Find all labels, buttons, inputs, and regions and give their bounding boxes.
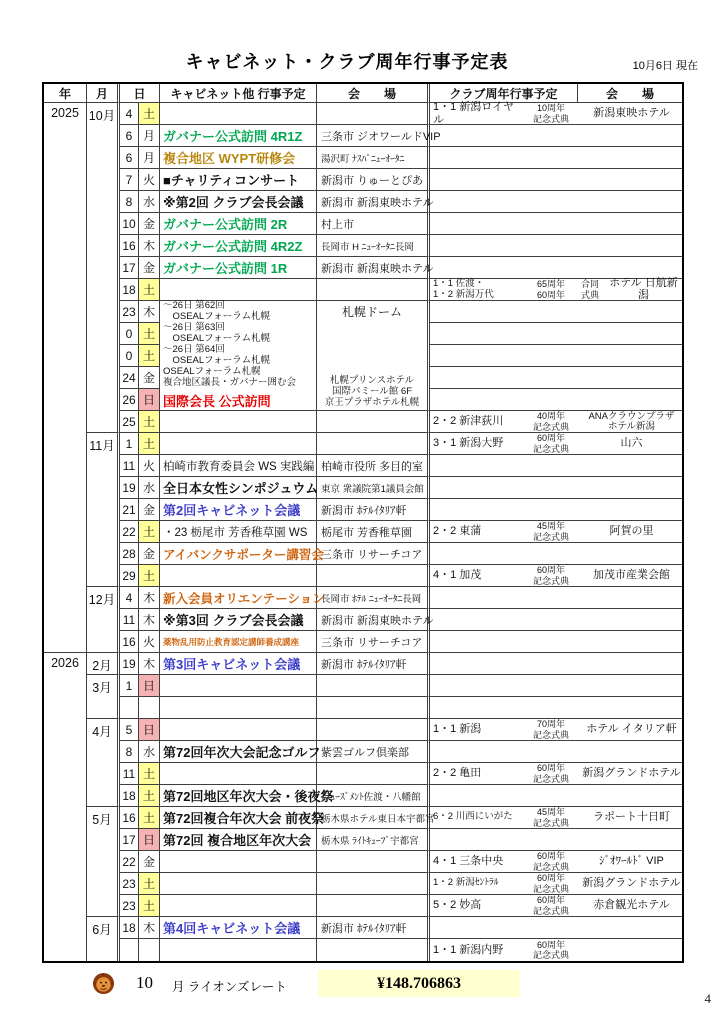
club-anniversary-cell <box>430 147 682 169</box>
club-venue: ホテル 日航新潟 <box>605 278 682 301</box>
day-cell: 1 <box>120 433 139 455</box>
venue-label: 札幌ドーム <box>342 303 402 320</box>
header-month: 月 <box>87 84 120 103</box>
weekday-cell: 土 <box>139 279 160 301</box>
footer-month-number: 10 <box>136 973 153 993</box>
day-cell: 4 <box>120 103 139 125</box>
venue-label: 新潟市 新潟東映ホテル <box>321 260 434 276</box>
event-label: 柏崎市教育委員会 WS 実践編 <box>163 458 314 474</box>
venue-cell: 三条市 リサーチコア <box>317 631 430 653</box>
day-cell: 0 <box>120 345 139 367</box>
weekday-cell: 金 <box>139 257 160 279</box>
day-cell: 16 <box>120 631 139 653</box>
venue-cell <box>317 565 430 587</box>
venue-cell <box>317 939 430 961</box>
event-cell: 全日本女性シンポジュウム <box>160 477 317 499</box>
venue-cell: 新潟市 新潟東映ホテル <box>317 191 430 213</box>
event-cell <box>160 895 317 917</box>
weekday-cell: 水 <box>139 191 160 213</box>
weekday-cell: 木 <box>139 653 160 675</box>
venue-label: 新潟市 りゅーとぴあ <box>321 172 423 188</box>
anniversary-label: 60周年 記念式典 <box>521 565 581 585</box>
joint-ceremony-label: 合同 式典 <box>581 279 605 299</box>
club-anniversary-cell: 4・1 三条中央60周年 記念式典ｼﾞｵﾜｰﾙﾄﾞ VIP <box>430 851 682 873</box>
weekday-cell: 月 <box>139 147 160 169</box>
venue-label: 湯沢町 ﾅｽﾊﾟﾆｭｰｵｰﾀﾆ <box>321 151 404 165</box>
club-venue: 新潟グランドホテル <box>581 768 682 780</box>
club-name: 4・1 加茂 <box>430 569 521 581</box>
club-venue: 新潟グランドホテル <box>581 878 682 890</box>
day-cell: 8 <box>120 191 139 213</box>
day-cell: 0 <box>120 323 139 345</box>
venue-label: 栃木県ホテル東日本宇都宮 <box>321 811 435 825</box>
anniversary-label: 70周年 記念式典 <box>521 719 581 739</box>
month-cell: 6月 <box>87 917 120 961</box>
anniversary-label: 45周年 記念式典 <box>521 807 581 827</box>
event-cell: ※第3回 クラブ会長会議 <box>160 609 317 631</box>
weekday-cell: 火 <box>139 631 160 653</box>
event-label: 第72回複合年次大会 前夜祭 <box>163 808 324 827</box>
club-anniversary-cell <box>430 785 682 807</box>
venue-cell <box>317 851 430 873</box>
venue-cell <box>317 433 430 455</box>
venue-label: 三条市 リサーチコア <box>321 546 422 562</box>
venue-cell: 新潟市 ﾎﾃﾙｲﾀﾘｱ軒 <box>317 653 430 675</box>
venue-cell-merged: 札幌ドーム札幌プリンスホテル 国際パミール館 6F 京王プラザホテル札幌 <box>317 301 430 411</box>
venue-label: 新潟市 ﾎﾃﾙｲﾀﾘｱ軒 <box>321 920 407 936</box>
club-venue: 加茂市産業会館 <box>581 570 682 582</box>
day-cell: 19 <box>120 653 139 675</box>
event-cell: ・23 栃尾市 芳香稚草園 WS <box>160 521 317 543</box>
day-cell: 23 <box>120 301 139 323</box>
club-anniversary-cell: 1・2 新潟ｾﾝﾄﾗﾙ60周年 記念式典新潟グランドホテル <box>430 873 682 895</box>
day-cell: 18 <box>120 785 139 807</box>
month-cell: 4月 <box>87 719 120 807</box>
event-cell <box>160 279 317 301</box>
club-anniversary-cell <box>430 323 682 345</box>
event-cell: 新入会員オリエンテーション <box>160 587 317 609</box>
club-anniversary-cell: 1・1 佐渡・ 1・2 新潟万代65周年 60周年合同 式典ホテル 日航新潟 <box>430 279 682 301</box>
anniversary-label: 10周年 記念式典 <box>521 103 581 123</box>
club-venue: 山六 <box>581 438 682 450</box>
anniversary-label: 60周年 記念式典 <box>521 873 581 893</box>
club-anniversary-cell: 6・2 川西にいがた45周年 記念式典ラポート十日町 <box>430 807 682 829</box>
venue-cell <box>317 675 430 697</box>
weekday-cell: 土 <box>139 807 160 829</box>
club-anniversary-cell <box>430 367 682 389</box>
weekday-cell: 土 <box>139 873 160 895</box>
anniversary-label: 60周年 記念式典 <box>521 433 581 453</box>
event-label: ガバナー公式訪問 4R2Z <box>163 236 302 255</box>
weekday-cell: 日 <box>139 719 160 741</box>
day-cell: 22 <box>120 521 139 543</box>
day-cell: 11 <box>120 609 139 631</box>
venue-cell: 栃木県ホテル東日本宇都宮 <box>317 807 430 829</box>
club-venue: 新潟東映ホテル <box>581 108 682 120</box>
club-venue: ANAクラウンプラザ ホテル新潟 <box>581 412 682 432</box>
club-anniversary-cell <box>430 609 682 631</box>
venue-cell: ｱﾐｭｰｽﾞﾒﾝﾄ佐渡・八幡館 <box>317 785 430 807</box>
venue-label: ｱﾐｭｰｽﾞﾒﾝﾄ佐渡・八幡館 <box>321 789 421 803</box>
event-cell: 複合地区 WYPT研修会 <box>160 147 317 169</box>
weekday-cell: 水 <box>139 477 160 499</box>
header-event: キャビネット他 行事予定 <box>160 84 317 103</box>
venue-label: 三条市 ジオワールドVIP <box>321 128 441 144</box>
club-anniversary-cell <box>430 477 682 499</box>
anniversary-label: 60周年 記念式典 <box>521 895 581 915</box>
venue-cell: 新潟市 新潟東映ホテル <box>317 609 430 631</box>
venue-label: 東京 衆議院第1議員会館 <box>321 481 424 495</box>
weekday-cell: 土 <box>139 345 160 367</box>
venue-label: 札幌プリンスホテル 国際パミール館 6F 京王プラザホテル札幌 <box>325 376 420 409</box>
day-cell: 29 <box>120 565 139 587</box>
club-anniversary-cell: 2・2 亀田60周年 記念式典新潟グランドホテル <box>430 763 682 785</box>
club-anniversary-cell <box>430 169 682 191</box>
weekday-cell: 土 <box>139 521 160 543</box>
club-anniversary-cell <box>430 257 682 279</box>
club-name: 1・1 佐渡・ 1・2 新潟万代 <box>430 279 521 300</box>
club-anniversary-cell: 5・2 妙高60周年 記念式典赤倉観光ホテル <box>430 895 682 917</box>
weekday-cell: 水 <box>139 741 160 763</box>
weekday-cell: 金 <box>139 499 160 521</box>
lion-logo-icon <box>92 972 115 995</box>
venue-cell: 東京 衆議院第1議員会館 <box>317 477 430 499</box>
event-cell: ガバナー公式訪問 4R2Z <box>160 235 317 257</box>
day-cell: 23 <box>120 895 139 917</box>
event-label: 複合地区 WYPT研修会 <box>163 148 295 167</box>
event-cell: 第3回キャビネット会議 <box>160 653 317 675</box>
as-of-date: 10月6日 現在 <box>633 57 698 73</box>
day-cell <box>120 697 139 719</box>
venue-label: 柏崎市役所 多目的室 <box>321 458 423 474</box>
club-anniversary-cell <box>430 213 682 235</box>
year-cell: 2026 <box>44 653 87 961</box>
weekday-cell: 月 <box>139 125 160 147</box>
weekday-cell <box>139 939 160 961</box>
event-label: 第3回キャビネット会議 <box>163 654 300 673</box>
month-cell: 12月 <box>87 587 120 653</box>
event-cell: ガバナー公式訪問 4R1Z <box>160 125 317 147</box>
day-cell: 17 <box>120 829 139 851</box>
day-cell: 21 <box>120 499 139 521</box>
event-label: ～26日 第62回 OSEALフォーラム札幌 <box>163 301 270 322</box>
club-anniversary-cell: 4・1 加茂60周年 記念式典加茂市産業会館 <box>430 565 682 587</box>
anniversary-label: 45周年 記念式典 <box>521 521 581 541</box>
weekday-cell: 日 <box>139 675 160 697</box>
weekday-cell: 火 <box>139 455 160 477</box>
month-cell: 3月 <box>87 675 120 719</box>
event-label: 全日本女性シンポジュウム <box>163 478 318 497</box>
month-cell: 5月 <box>87 807 120 917</box>
club-name: 1・1 新潟ロイヤル <box>430 101 521 125</box>
day-cell: 6 <box>120 147 139 169</box>
club-anniversary-cell <box>430 917 682 939</box>
club-venue: 赤倉観光ホテル <box>581 900 682 912</box>
weekday-cell: 日 <box>139 829 160 851</box>
weekday-cell <box>139 697 160 719</box>
weekday-cell: 金 <box>139 543 160 565</box>
weekday-cell: 土 <box>139 565 160 587</box>
schedule-table: 年月日キャビネット他 行事予定会 場クラブ周年行事予定会 場202510月4土1… <box>42 82 684 963</box>
venue-cell: 村上市 <box>317 213 430 235</box>
event-cell <box>160 851 317 873</box>
day-cell: 22 <box>120 851 139 873</box>
weekday-cell: 木 <box>139 917 160 939</box>
club-venue: ラポート十日町 <box>581 812 682 824</box>
club-anniversary-cell: 3・1 新潟大野60周年 記念式典山六 <box>430 433 682 455</box>
club-anniversary-cell: 2・2 新津荻川40周年 記念式典ANAクラウンプラザ ホテル新潟 <box>430 411 682 433</box>
venue-label: 村上市 <box>321 216 354 232</box>
club-anniversary-cell <box>430 345 682 367</box>
venue-label: 栃木県 ﾗｲﾄｷｭｰﾌﾞ宇都宮 <box>321 833 419 847</box>
day-cell: 4 <box>120 587 139 609</box>
club-anniversary-cell: 1・1 新潟内野60周年 記念式典 <box>430 939 682 961</box>
club-name: 2・2 東蒲 <box>430 525 521 537</box>
event-cell: ガバナー公式訪問 2R <box>160 213 317 235</box>
venue-cell: 新潟市 ﾎﾃﾙｲﾀﾘｱ軒 <box>317 499 430 521</box>
event-label: ■チャリティコンサート <box>163 170 299 189</box>
event-cell: ※第2回 クラブ会長会議 <box>160 191 317 213</box>
weekday-cell: 土 <box>139 323 160 345</box>
anniversary-label: 60周年 記念式典 <box>521 940 581 960</box>
venue-cell <box>317 411 430 433</box>
event-label: ※第2回 クラブ会長会議 <box>163 192 303 211</box>
event-label: ガバナー公式訪問 2R <box>163 214 287 233</box>
club-anniversary-cell: 1・1 新潟ロイヤル10周年 記念式典新潟東映ホテル <box>430 103 682 125</box>
venue-cell: 新潟市 新潟東映ホテル <box>317 257 430 279</box>
club-name: 2・2 新津荻川 <box>430 415 521 427</box>
month-cell: 2月 <box>87 653 120 675</box>
event-cell: ■チャリティコンサート <box>160 169 317 191</box>
day-cell: 17 <box>120 257 139 279</box>
event-cell-merged: ～26日 第62回 OSEALフォーラム札幌～26日 第63回 OSEALフォー… <box>160 301 317 411</box>
venue-label: 新潟市 ﾎﾃﾙｲﾀﾘｱ軒 <box>321 656 407 672</box>
event-cell <box>160 565 317 587</box>
header-year: 年 <box>44 84 87 103</box>
club-name: 5・2 妙高 <box>430 899 521 911</box>
club-anniversary-cell <box>430 543 682 565</box>
venue-label: 新潟市 新潟東映ホテル <box>321 194 434 210</box>
venue-label: 紫雲ゴルフ倶楽部 <box>321 744 409 760</box>
day-cell: 8 <box>120 741 139 763</box>
club-anniversary-cell <box>430 697 682 719</box>
event-cell <box>160 719 317 741</box>
day-cell: 25 <box>120 411 139 433</box>
club-anniversary-cell <box>430 829 682 851</box>
event-label: アイバンクサポーター講習会 <box>163 545 324 563</box>
venue-label: 長岡市 ﾎﾃﾙ ﾆｭｰｵｰﾀﾆ長岡 <box>321 591 421 605</box>
club-venue: 阿賀の里 <box>581 526 682 538</box>
weekday-cell: 土 <box>139 103 160 125</box>
day-cell: 16 <box>120 235 139 257</box>
club-venue: ｼﾞｵﾜｰﾙﾄﾞ VIP <box>581 856 682 868</box>
club-anniversary-cell <box>430 653 682 675</box>
venue-cell <box>317 719 430 741</box>
club-name: 1・1 新潟 <box>430 723 521 735</box>
header-day: 日 <box>120 84 160 103</box>
event-label: ・23 栃尾市 芳香稚草園 WS <box>163 524 307 540</box>
event-cell: 第72回地区年次大会・後夜祭 <box>160 785 317 807</box>
venue-label: 三条市 リサーチコア <box>321 634 422 650</box>
event-cell: 第72回年次大会記念ゴルフ <box>160 741 317 763</box>
club-name: 1・2 新潟ｾﾝﾄﾗﾙ <box>430 878 521 888</box>
weekday-cell: 木 <box>139 301 160 323</box>
anniversary-label: 60周年 記念式典 <box>521 851 581 871</box>
event-label: 第2回キャビネット会議 <box>163 500 300 519</box>
day-cell: 16 <box>120 807 139 829</box>
footer-lions-rate-label: 月 ライオンズレート <box>172 977 287 995</box>
day-cell: 7 <box>120 169 139 191</box>
venue-cell: 新潟市 ﾎﾃﾙｲﾀﾘｱ軒 <box>317 917 430 939</box>
club-anniversary-cell <box>430 675 682 697</box>
event-label: ～26日 第64回 OSEALフォーラム札幌 <box>163 345 270 366</box>
anniversary-label: 65周年 60周年 <box>521 279 581 299</box>
event-cell <box>160 675 317 697</box>
event-cell: 第72回複合年次大会 前夜祭 <box>160 807 317 829</box>
event-label: 国際会長 公式訪問 <box>163 391 271 410</box>
club-anniversary-cell: 1・1 新潟70周年 記念式典ホテル イタリア軒 <box>430 719 682 741</box>
month-cell: 10月 <box>87 103 120 433</box>
day-cell: 23 <box>120 873 139 895</box>
venue-cell <box>317 697 430 719</box>
venue-cell <box>317 763 430 785</box>
venue-label: 新潟市 新潟東映ホテル <box>321 612 434 628</box>
venue-label: 新潟市 ﾎﾃﾙｲﾀﾘｱ軒 <box>321 502 407 518</box>
weekday-cell: 土 <box>139 785 160 807</box>
day-cell <box>120 939 139 961</box>
event-cell <box>160 697 317 719</box>
day-cell: 1 <box>120 675 139 697</box>
event-cell <box>160 939 317 961</box>
venue-cell <box>317 895 430 917</box>
page-title: キャビネット・クラブ周年行事予定表 <box>42 48 652 74</box>
venue-cell: 紫雲ゴルフ倶楽部 <box>317 741 430 763</box>
venue-cell <box>317 873 430 895</box>
event-cell: ガバナー公式訪問 1R <box>160 257 317 279</box>
weekday-cell: 金 <box>139 367 160 389</box>
venue-cell: 栃尾市 芳香稚草園 <box>317 521 430 543</box>
venue-label: 栃尾市 芳香稚草園 <box>321 524 412 540</box>
day-cell: 18 <box>120 917 139 939</box>
venue-cell: 三条市 ジオワールドVIP <box>317 125 430 147</box>
club-anniversary-cell <box>430 741 682 763</box>
club-name: 4・1 三条中央 <box>430 855 521 867</box>
weekday-cell: 土 <box>139 433 160 455</box>
event-label: ～26日 第63回 OSEALフォーラム札幌 <box>163 323 270 344</box>
club-name: 2・2 亀田 <box>430 767 521 779</box>
day-cell: 28 <box>120 543 139 565</box>
event-label: 薬物乱用防止教育認定講師養成講座 <box>163 636 299 648</box>
month-cell: 11月 <box>87 433 120 587</box>
event-cell <box>160 103 317 125</box>
day-cell: 10 <box>120 213 139 235</box>
club-anniversary-cell: 2・2 東蒲45周年 記念式典阿賀の里 <box>430 521 682 543</box>
day-cell: 5 <box>120 719 139 741</box>
event-cell: 第72回 複合地区年次大会 <box>160 829 317 851</box>
event-label: ※第3回 クラブ会長会議 <box>163 610 303 629</box>
weekday-cell: 木 <box>139 609 160 631</box>
day-cell: 19 <box>120 477 139 499</box>
page-number: 4 <box>705 991 712 1007</box>
event-label: 第72回地区年次大会・後夜祭 <box>163 786 333 805</box>
event-cell: 柏崎市教育委員会 WS 実践編 <box>160 455 317 477</box>
weekday-cell: 火 <box>139 169 160 191</box>
day-cell: 11 <box>120 455 139 477</box>
day-cell: 24 <box>120 367 139 389</box>
event-cell <box>160 763 317 785</box>
club-anniversary-cell <box>430 587 682 609</box>
event-cell: 第4回キャビネット会議 <box>160 917 317 939</box>
club-anniversary-cell <box>430 455 682 477</box>
event-cell: 薬物乱用防止教育認定講師養成講座 <box>160 631 317 653</box>
venue-cell: 三条市 リサーチコア <box>317 543 430 565</box>
weekday-cell: 日 <box>139 389 160 411</box>
weekday-cell: 金 <box>139 851 160 873</box>
day-cell: 26 <box>120 389 139 411</box>
venue-cell: 長岡市 ﾎﾃﾙ ﾆｭｰｵｰﾀﾆ長岡 <box>317 587 430 609</box>
venue-cell: 長岡市 H ﾆｭｰｵｰﾀﾆ長岡 <box>317 235 430 257</box>
lions-rate-value: ¥148.706863 <box>318 970 520 997</box>
weekday-cell: 土 <box>139 763 160 785</box>
day-cell: 6 <box>120 125 139 147</box>
club-anniversary-cell <box>430 389 682 411</box>
venue-cell <box>317 279 430 301</box>
day-cell: 11 <box>120 763 139 785</box>
event-cell: 第2回キャビネット会議 <box>160 499 317 521</box>
year-cell: 2025 <box>44 103 87 653</box>
weekday-cell: 土 <box>139 411 160 433</box>
event-cell: アイバンクサポーター講習会 <box>160 543 317 565</box>
club-name: 6・2 川西にいがた <box>430 812 521 822</box>
event-cell <box>160 433 317 455</box>
weekday-cell: 土 <box>139 895 160 917</box>
club-anniversary-cell <box>430 499 682 521</box>
day-cell: 18 <box>120 279 139 301</box>
club-name: 1・1 新潟内野 <box>430 944 521 956</box>
venue-cell: 湯沢町 ﾅｽﾊﾟﾆｭｰｵｰﾀﾆ <box>317 147 430 169</box>
venue-cell <box>317 103 430 125</box>
header-club-venue: 会 場 <box>578 84 682 103</box>
club-name: 3・1 新潟大野 <box>430 437 521 449</box>
venue-cell: 柏崎市役所 多目的室 <box>317 455 430 477</box>
event-label: 第72回 複合地区年次大会 <box>163 830 311 849</box>
event-cell <box>160 411 317 433</box>
venue-label: 長岡市 H ﾆｭｰｵｰﾀﾆ長岡 <box>321 239 414 253</box>
weekday-cell: 木 <box>139 587 160 609</box>
weekday-cell: 金 <box>139 213 160 235</box>
anniversary-label: 60周年 記念式典 <box>521 763 581 783</box>
event-label: 第72回年次大会記念ゴルフ <box>163 742 320 761</box>
venue-cell: 栃木県 ﾗｲﾄｷｭｰﾌﾞ宇都宮 <box>317 829 430 851</box>
event-label: ガバナー公式訪問 1R <box>163 258 287 277</box>
club-venue: ホテル イタリア軒 <box>581 724 682 736</box>
club-anniversary-cell <box>430 631 682 653</box>
club-anniversary-cell <box>430 235 682 257</box>
club-anniversary-cell <box>430 301 682 323</box>
venue-cell: 新潟市 りゅーとぴあ <box>317 169 430 191</box>
event-label: 第4回キャビネット会議 <box>163 918 300 937</box>
club-anniversary-cell <box>430 125 682 147</box>
event-label: 新入会員オリエンテーション <box>163 589 325 607</box>
event-label: OSEALフォーラム札幌 複合地区議長・ガバナー囲む会 <box>163 367 296 388</box>
header-venue: 会 場 <box>317 84 430 103</box>
event-label: ガバナー公式訪問 4R1Z <box>163 126 302 145</box>
weekday-cell: 木 <box>139 235 160 257</box>
event-cell <box>160 873 317 895</box>
anniversary-label: 40周年 記念式典 <box>521 411 581 431</box>
club-anniversary-cell <box>430 191 682 213</box>
